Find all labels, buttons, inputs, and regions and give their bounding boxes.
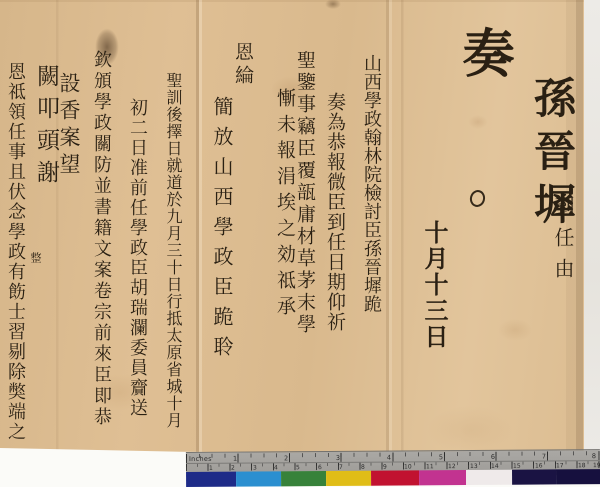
ruler-inches-label: Inches (189, 455, 212, 463)
cm-number: 7 (339, 463, 343, 470)
inch-number: 4 (387, 454, 391, 462)
manuscript-column-11: 恩祗領任事且伏念學政有飭士習剔除獘端之 (2, 62, 28, 442)
cm-number: 15 (513, 462, 521, 469)
cm-number: 4 (274, 464, 278, 471)
manuscript-column-5: 簡放山西學政臣跪聆 (208, 96, 237, 366)
cm-number: 2 (231, 464, 235, 471)
cm-number: 13 (470, 462, 478, 469)
cm-number: 16 (535, 462, 543, 469)
manuscript-column-6: 聖訓後擇日就道於九月三十日行抵太原省城十月 (162, 72, 185, 429)
color-calibration-patches (186, 469, 600, 487)
manuscript-column-10: 闕叩頭謝 (30, 64, 63, 192)
color-patch-azure (236, 471, 281, 486)
manuscript-column-4: 慚未報涓埃之効祗承 (272, 88, 299, 322)
color-patch-navy-2 (556, 469, 600, 484)
inch-number: 8 (592, 452, 596, 460)
color-patch-navy (512, 469, 556, 484)
cm-number: 5 (296, 464, 300, 471)
interlinear-correction-note: 整 (27, 252, 43, 263)
cm-number: 8 (361, 463, 365, 470)
inch-number: 1 (233, 455, 237, 463)
cm-number: 11 (426, 463, 434, 470)
color-patch-dark-blue (186, 472, 236, 487)
cm-number: 18 (578, 462, 586, 469)
inch-number: 7 (542, 452, 546, 460)
color-patch-magenta (419, 470, 466, 485)
manuscript-column-5-honorific: 恩綸 (230, 42, 257, 88)
cover-subject: 到任由 (549, 196, 578, 289)
cover-memorial-character: 奏 (446, 26, 521, 78)
color-patch-green (281, 471, 326, 486)
inch-number: 6 (491, 453, 495, 461)
cm-number: 1 (209, 464, 213, 471)
inch-number: 2 (284, 454, 288, 462)
cm-number: 9 (383, 463, 387, 470)
manuscript-column-8: 欽頒學政關防並書籍文案卷宗前來臣即恭 (88, 50, 114, 428)
cm-number: 3 (253, 464, 257, 471)
cm-number: 12 (448, 463, 456, 470)
photo-backdrop (584, 0, 600, 456)
cm-number: 10 (404, 463, 412, 470)
inch-number: 3 (336, 454, 340, 462)
manuscript-column-1: 山西學政翰林院檢討臣孫晉墀跪 (358, 54, 384, 313)
cm-number: 17 (556, 462, 564, 469)
color-patch-yellow (326, 471, 371, 486)
color-patch-white (466, 470, 512, 485)
manuscript-column-7: 初二日准前任學政臣胡瑞瀾委員齎送 (124, 98, 150, 418)
inch-number: 5 (439, 453, 443, 461)
cm-number: 19 (593, 462, 600, 469)
cm-number: 6 (318, 464, 322, 471)
color-patch-red (371, 470, 419, 485)
cover-date: 十月十三日 (417, 220, 452, 350)
cm-number: 14 (491, 462, 499, 469)
manuscript-column-2: 奏為恭報微臣到任日期仰祈 (322, 92, 349, 332)
calibration-ruler: Inches 1 2 3 4 5 6 7 8 1 2 3 4 5 6 7 8 9… (186, 449, 600, 487)
